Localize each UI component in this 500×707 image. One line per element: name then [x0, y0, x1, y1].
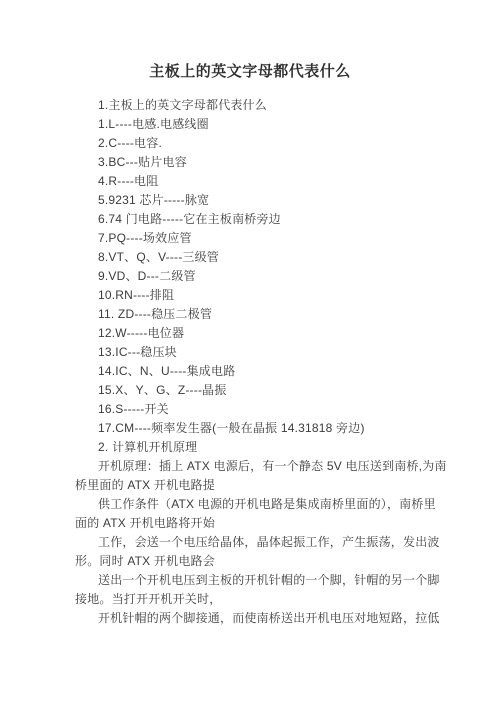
text-line: 14.IC、N、U----集成电路	[75, 362, 440, 381]
text-line: 5.9231 芯片-----脉宽	[75, 191, 440, 210]
text-line: 16.S-----开关	[75, 400, 440, 419]
text-line: 形。同时 ATX 开机电路会	[75, 552, 440, 571]
text-line: 11. ZD----稳压二极管	[75, 305, 440, 324]
text-line: 9.VD、D---二级管	[75, 267, 440, 286]
text-line: 17.CM----频率发生器(一般在晶振 14.31818 旁边)	[75, 419, 440, 438]
text-line: 桥里面的 ATX 开机电路提	[75, 476, 440, 495]
text-line: 13.IC---稳压块	[75, 343, 440, 362]
text-line: 3.BC---贴片电容	[75, 153, 440, 172]
text-line: 接地。当打开开机开关时，	[75, 590, 440, 609]
text-line: 供工作条件（ATX 电源的开机电路是集成南桥里面的），南桥里	[75, 495, 440, 514]
text-line: 面的 ATX 开机电路将开始	[75, 514, 440, 533]
document-page: 主板上的英文字母都代表什么 1.主板上的英文字母都代表什么1.L----电感.电…	[0, 0, 500, 707]
text-line: 6.74 门电路-----它在主板南桥旁边	[75, 210, 440, 229]
document-title: 主板上的英文字母都代表什么	[0, 0, 500, 82]
text-line: 8.VT、Q、V----三级管	[75, 248, 440, 267]
document-body: 1.主板上的英文字母都代表什么1.L----电感.电感线圈2.C----电容.3…	[75, 96, 440, 628]
text-line: 送出一个开机电压到主板的开机针帽的一个脚，针帽的另一个脚	[75, 571, 440, 590]
text-line: 12.W-----电位器	[75, 324, 440, 343]
text-line: 1.主板上的英文字母都代表什么	[75, 96, 440, 115]
text-line: 2. 计算机开机原理	[75, 438, 440, 457]
text-line: 4.R----电阻	[75, 172, 440, 191]
text-line: 7.PQ----场效应管	[75, 229, 440, 248]
text-line: 10.RN----排阻	[75, 286, 440, 305]
text-line: 1.L----电感.电感线圈	[75, 115, 440, 134]
text-line: 开机针帽的两个脚接通，而使南桥送出开机电压对地短路，拉低	[75, 609, 440, 628]
text-line: 工作，会送一个电压给晶体，晶体起振工作，产生振荡，发出波	[75, 533, 440, 552]
text-line: 开机原理：插上 ATX 电源后，有一个静态 5V 电压送到南桥,为南	[75, 457, 440, 476]
text-line: 15.X、Y、G、Z----晶振	[75, 381, 440, 400]
text-line: 2.C----电容.	[75, 134, 440, 153]
